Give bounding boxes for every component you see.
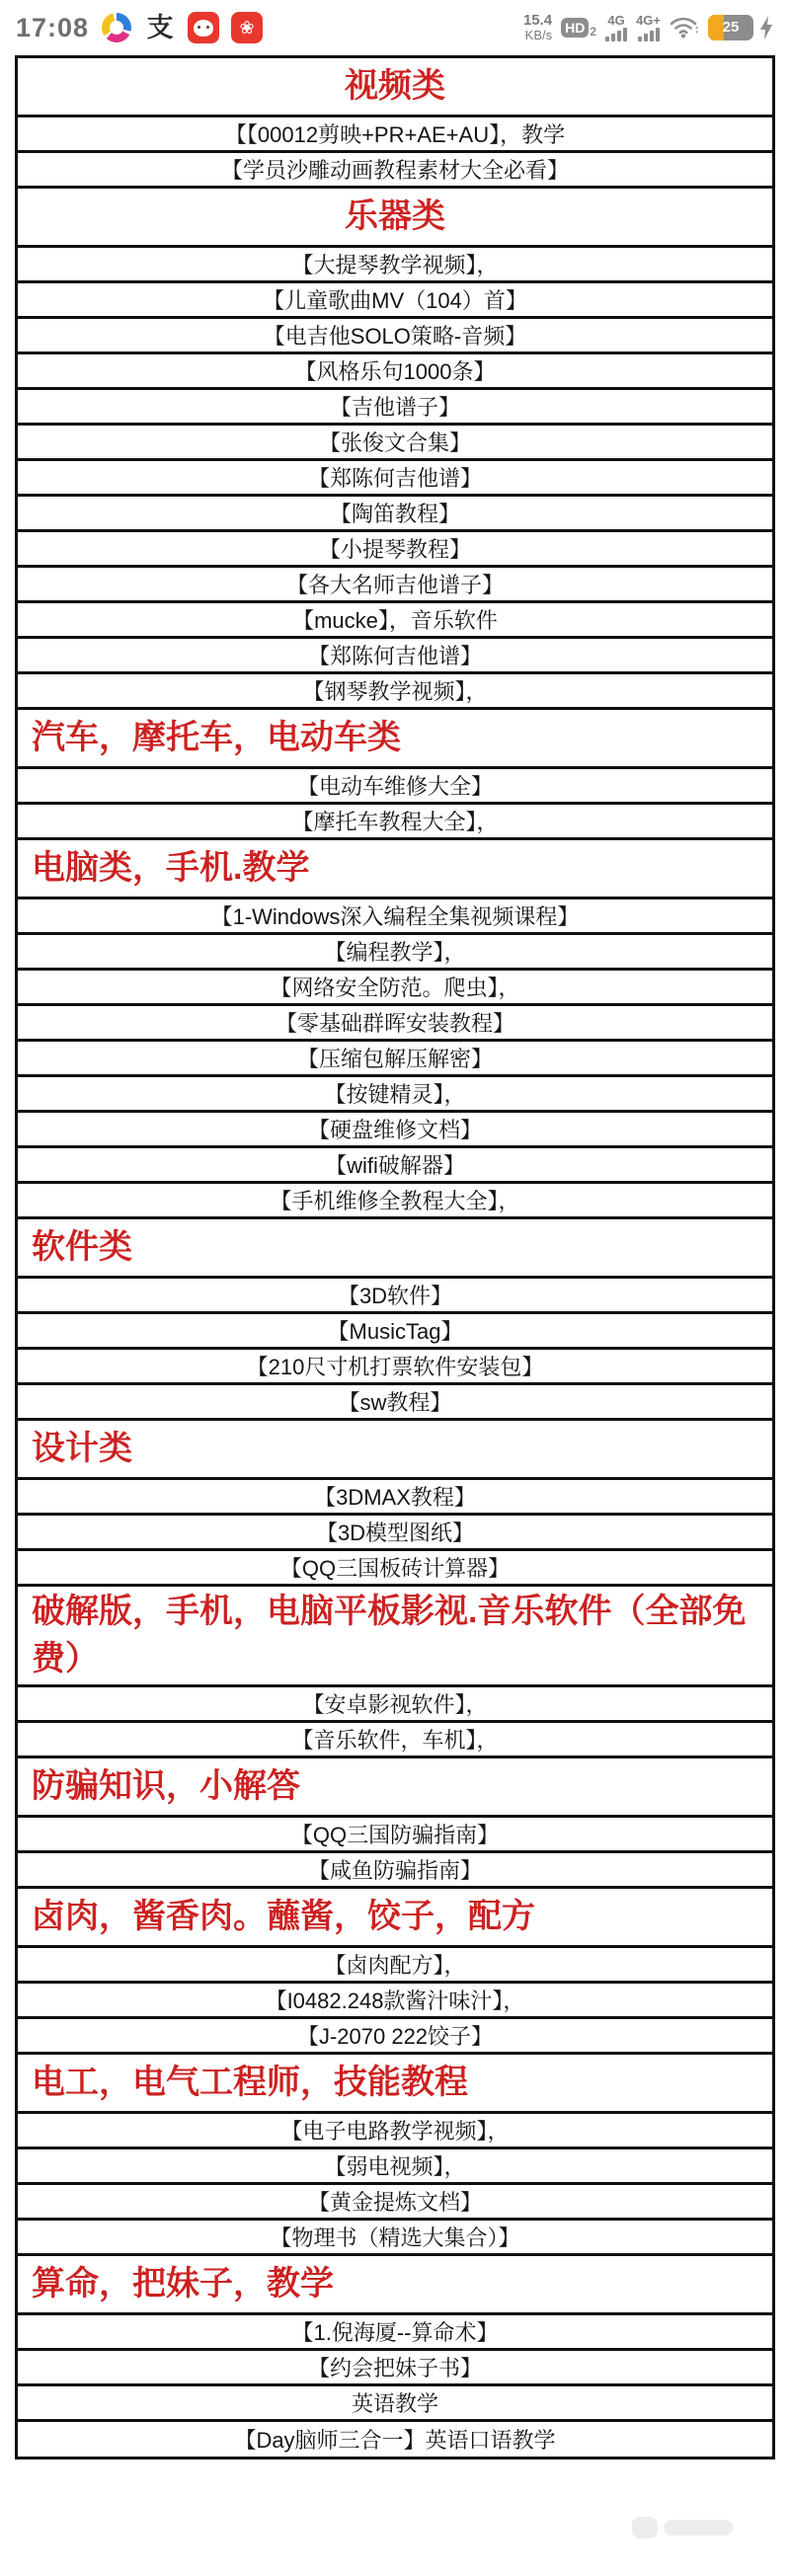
table-row: 【3D模型图纸】 bbox=[18, 1516, 772, 1551]
table-row: 【mucke】，音乐软件 bbox=[18, 603, 772, 639]
table-row: 【儿童歌曲MV（104）首】 bbox=[18, 283, 772, 319]
table-row: 【零基础群晖安装教程】 bbox=[18, 1006, 772, 1042]
category-header-row: 防骗知识，小解答 bbox=[18, 1758, 772, 1818]
table-row: 【【00012剪映+PR+AE+AU】，教学 bbox=[18, 117, 772, 153]
charging-icon bbox=[758, 15, 774, 40]
category-header-row: 电脑类，手机.教学 bbox=[18, 840, 772, 899]
wifi-icon bbox=[670, 16, 699, 39]
table-row: 【学员沙雕动画教程素材大全必看】 bbox=[18, 153, 772, 189]
category-header-row: 汽车，摩托车，电动车类 bbox=[18, 710, 772, 769]
table-row: 【郑陈何吉他谱】 bbox=[18, 461, 772, 497]
table-row: 【吉他谱子】 bbox=[18, 390, 772, 426]
category-table: 视频类【【00012剪映+PR+AE+AU】，教学【学员沙雕动画教程素材大全必看… bbox=[15, 55, 775, 2459]
table-row: 【摩托车教程大全】， bbox=[18, 805, 772, 840]
table-row: 【物理书（精选大集合）】 bbox=[18, 2221, 772, 2256]
category-header-row: 卤肉，酱香肉。蘸酱，饺子，配方 bbox=[18, 1889, 772, 1948]
table-row: 【3D软件】 bbox=[18, 1279, 772, 1314]
table-row: 【黄金提炼文档】 bbox=[18, 2185, 772, 2221]
table-row: 【编程教学】， bbox=[18, 935, 772, 971]
table-row: 【弱电视频】， bbox=[18, 2149, 772, 2185]
table-row: 【210尺寸机打票软件安装包】 bbox=[18, 1350, 772, 1385]
table-row: 【网络安全防范。爬虫】， bbox=[18, 971, 772, 1006]
alipay-app-icon: 支 bbox=[144, 12, 176, 43]
table-row: 【MusicTag】 bbox=[18, 1314, 772, 1350]
battery-icon: 25 bbox=[708, 15, 750, 40]
category-header-row: 算命，把妹子，教学 bbox=[18, 2256, 772, 2315]
table-row: 【各大名师吉他谱子】 bbox=[18, 568, 772, 603]
category-header-row: 设计类 bbox=[18, 1421, 772, 1480]
hd-volte-icon: HD 2 bbox=[561, 18, 596, 38]
table-row: 【陶笛教程】 bbox=[18, 497, 772, 532]
table-row: 【电子电路教学视频】， bbox=[18, 2114, 772, 2149]
table-row: 【硬盘维修文档】 bbox=[18, 1113, 772, 1148]
table-row: 【张俊文合集】 bbox=[18, 426, 772, 461]
ornate-app-icon: ❀ bbox=[231, 12, 263, 43]
table-row: 【Day脑师三合一】英语口语教学 bbox=[18, 2422, 772, 2457]
category-header-row: 视频类 bbox=[18, 58, 772, 117]
watermark bbox=[632, 2508, 760, 2547]
table-row: 【J-2070 222饺子】 bbox=[18, 2019, 772, 2055]
category-header-row: 破解版，手机，电脑平板影视.音乐软件（全部免费） bbox=[18, 1587, 772, 1687]
signal-4g-plus-icon: 4G+ bbox=[636, 14, 661, 41]
table-row: 【3DMAX教程】 bbox=[18, 1480, 772, 1516]
table-row: 英语教学 bbox=[18, 2386, 772, 2422]
table-row: 【大提琴教学视频】， bbox=[18, 248, 772, 283]
table-row: 【QQ三国板砖计算器】 bbox=[18, 1551, 772, 1587]
table-row: 【钢琴教学视频】， bbox=[18, 674, 772, 710]
table-row: 【I0482.248款酱汁味汁】， bbox=[18, 1984, 772, 2019]
table-row: 【音乐软件，车机】， bbox=[18, 1723, 772, 1758]
status-bar: 17:08 支 ❀ 15.4 KB/s HD 2 4G 4G+ bbox=[0, 0, 790, 55]
pinwheel-app-icon bbox=[101, 12, 132, 43]
table-row: 【1.倪海厦--算命术】 bbox=[18, 2315, 772, 2351]
table-row: 【wifi破解器】 bbox=[18, 1148, 772, 1184]
table-row: 【电动车维修大全】 bbox=[18, 769, 772, 805]
table-row: 【电吉他SOLO策略-音频】 bbox=[18, 319, 772, 354]
signal-4g-icon: 4G bbox=[605, 14, 627, 41]
category-header-row: 乐器类 bbox=[18, 189, 772, 248]
table-row: 【sw教程】 bbox=[18, 1385, 772, 1421]
table-row: 【小提琴教程】 bbox=[18, 532, 772, 568]
table-row: 【卤肉配方】， bbox=[18, 1948, 772, 1984]
table-row: 【风格乐句1000条】 bbox=[18, 354, 772, 390]
table-row: 【压缩包解压解密】 bbox=[18, 1042, 772, 1077]
network-speed: 15.4 KB/s bbox=[523, 13, 552, 41]
table-row: 【QQ三国防骗指南】 bbox=[18, 1818, 772, 1853]
dog-app-icon bbox=[188, 12, 219, 43]
table-row: 【咸鱼防骗指南】 bbox=[18, 1853, 772, 1889]
table-row: 【约会把妹子书】 bbox=[18, 2351, 772, 2386]
clock-time: 17:08 bbox=[16, 13, 89, 43]
table-row: 【按键精灵】， bbox=[18, 1077, 772, 1113]
category-header-row: 软件类 bbox=[18, 1219, 772, 1279]
table-row: 【安卓影视软件】， bbox=[18, 1687, 772, 1723]
table-row: 【郑陈何吉他谱】 bbox=[18, 639, 772, 674]
table-row: 【1-Windows深入编程全集视频课程】 bbox=[18, 899, 772, 935]
battery-percent: 25 bbox=[723, 19, 740, 36]
table-row: 【手机维修全教程大全】， bbox=[18, 1184, 772, 1219]
category-header-row: 电工，电气工程师，技能教程 bbox=[18, 2055, 772, 2114]
